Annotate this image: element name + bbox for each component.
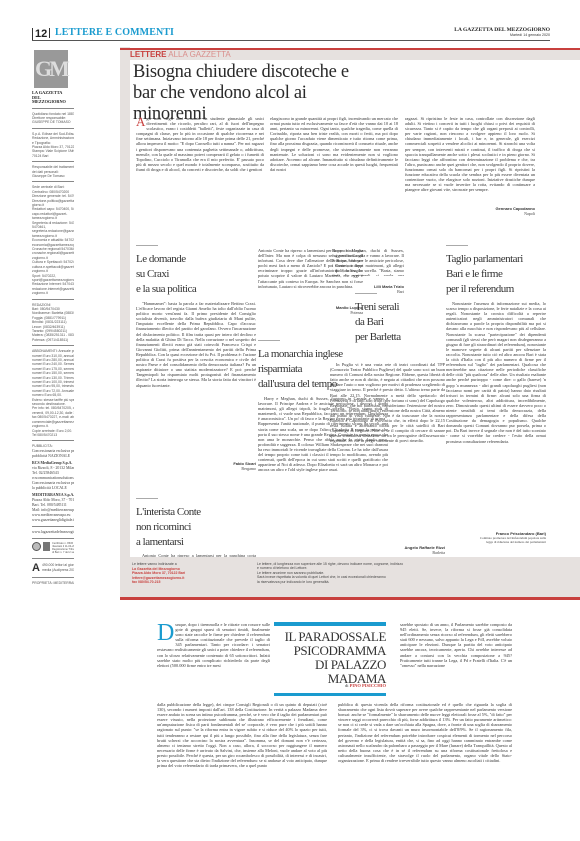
opinion-col2-wide: pubblica di questa vicenda della riforma… [338,702,512,804]
letters-address: Le lettere vanno indirizzate a La Gazzet… [132,562,185,585]
letter-craxi: Le domande su Craxi e la sua politica "H… [136,245,256,471]
main-letter-col2: elargiscono in grande quantità ai propri… [270,116,398,172]
opinion-byline: di PINO PISICCHIO [274,683,386,688]
website-link[interactable]: www.lagazzettadelmezzogiorno.it [32,530,74,535]
certification-block: Certificato n. 8636rilasciato il 11-04-2… [32,542,74,555]
page-header: 12 LETTERE E COMMENTI LA GAZZETTA DEL ME… [32,26,550,41]
logo-gm-icon: GM [34,50,68,88]
fieg-logo-icon [43,542,50,551]
opinion-title-bottom-rule [274,693,386,696]
subscriptions-info: ABBONAMENTI: Annuale per 7numeri Euro 31… [32,349,74,437]
opinion-title-top-rule [274,622,386,626]
rcs-info: RCS MediaGroup S.p.A.via Rizzoli, 8 - 20… [32,461,74,491]
opinion-col2-top: sarebbe spostato di un anno, il Parlamen… [400,622,512,699]
page-number: 12 [32,28,50,40]
letter-taglio: Taglio parlamentari Bari e le firme per … [446,245,546,544]
opinion-col1-top: Dunque, dopo i tiremmolla e le ritirate … [157,622,270,702]
opinion-headline: IL PARADOSSALE PSICODRAMMA DI PALAZZO MA… [274,630,386,686]
issue-date: Martedì 14 gennaio 2020 [454,33,550,37]
letters-panel-margin [120,47,130,557]
audipress-icon: A [32,562,40,574]
letter-monarchia-end: Harry e Meghan, duchi di Sussex, fuggono… [332,248,404,276]
ownership: PROPRIETÀ: MEDITERRANEA S.P.A. [32,581,74,585]
newspaper-logo: GM [32,50,70,88]
opinion-dropcap: D [157,622,174,644]
letter-conte-title: L'interista Conte non ricominci a lament… [136,505,256,550]
founder-info: Quotidiano fondato nel 1887Direttore res… [32,112,74,125]
letter-treni-title: Treni serali da Bari per Barletta [355,300,435,345]
letter-taglio-title: Taglio parlamentari Bari e le firme per … [446,252,546,297]
contacts-info: Sede centrale di Bari:Centralino: 080/54… [32,185,74,295]
mediterranea-info: MEDITERRANEA S.p.A.Piazza Aldo Moro, 37 … [32,493,74,523]
colophon-sidebar: GM LA GAZZETTA DEL MEZZOGIORNO Quotidian… [32,50,74,840]
advertising-info: Concessionaria esclusiva per lapubblicit… [32,449,74,459]
redazioni-list: Bari: 080/5470430Nordbarese: Barletta (0… [32,307,74,342]
letter-conte: L'interista Conte non ricominci a lament… [136,498,256,559]
opinion-col1-wide: dalla pubblicazione della legge), dei ci… [157,702,327,804]
section-title: LETTERE E COMMENTI [55,27,174,38]
letters-guidelines: Le lettere, di lunghezza non superiore a… [257,562,507,584]
letter-treni: Treni serali da Bari per Barletta [355,293,435,345]
letter-craxi-title: Le domande su Craxi e la sua politica [136,252,256,297]
logo-text: LA GAZZETTA DEL MEZZOGIORNO [32,91,74,105]
certification-seal-icon [32,542,41,551]
letter-conte-signature: Manlio Lupino Potenza [258,305,363,315]
readership-block: A 490.000 lettori al giornomedia (Audipr… [32,562,74,574]
letter-treni-signature: Angelo Raffaele Rizzi Barletta [330,545,445,555]
letters-kicker: LETTERE ALLA GAZZETTA [130,50,231,60]
data-responsible-info: Responsabile del trattamentodei dati per… [32,165,74,178]
letters-bottom-rule [120,597,580,600]
publisher-info: S.p.A. Edisse del Sud-EdisudRedazione, A… [32,132,74,158]
main-letter-signature: Gennaro Capodanno Napoli [405,206,535,216]
masthead: LA GAZZETTA DEL MEZZOGIORNO Martedì 14 g… [454,27,550,37]
letter-treni-body: In Puglia vi è una vasta rete di teatri … [330,362,445,527]
main-letter-col1: Agli inizi degli anni sessanta da studen… [136,116,264,172]
dropcap: A [136,116,145,127]
